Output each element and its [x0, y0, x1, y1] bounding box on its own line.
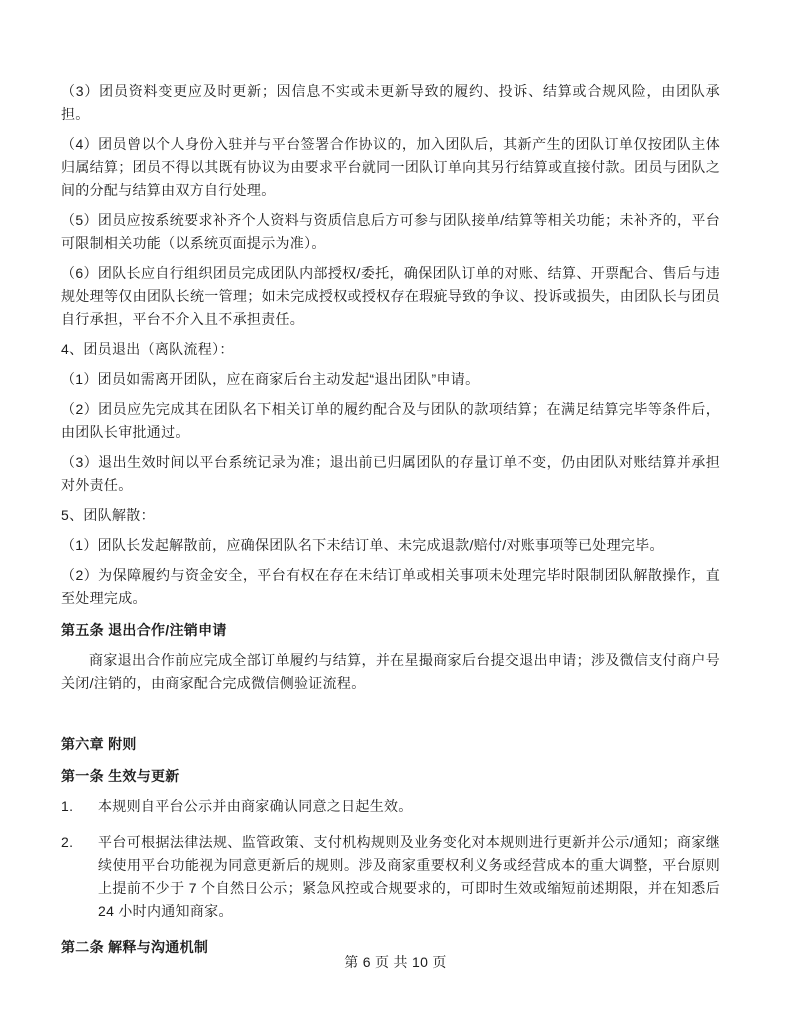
effectiveness-item-1: 1.本规则自平台公示并由商家确认同意之日起生效。 [61, 795, 720, 818]
document-page: （3）团员资料变更应及时更新；因信息不实或未更新导致的履约、投诉、结算或合规风险… [0, 0, 791, 1024]
list-item-text: 本规则自平台公示并由商家确认同意之日起生效。 [98, 795, 720, 818]
effectiveness-item-2: 2.平台可根据法律法规、监管政策、支付机构规则及业务变化对本规则进行更新并公示/… [61, 831, 720, 923]
heading-chapter-6-appendix: 第六章 附则 [61, 733, 720, 756]
list-item-text: 平台可根据法律法规、监管政策、支付机构规则及业务变化对本规则进行更新并公示/通知… [98, 831, 720, 923]
page-number-indicator: 第 6 页 共 10 页 [0, 951, 791, 974]
list-item-number: 2. [61, 831, 98, 923]
heading-article-1-effectiveness: 第一条 生效与更新 [61, 765, 720, 788]
clause-3-member-info-update: （3）团员资料变更应及时更新；因信息不实或未更新导致的履约、投诉、结算或合规风险… [61, 80, 720, 126]
clause-6-team-leader-authorization: （6）团队长应自行组织团员完成团队内部授权/委托，确保团队订单的对账、结算、开票… [61, 262, 720, 331]
dissolution-step-1: （1）团队长发起解散前，应确保团队名下未结订单、未完成退款/赔付/对账事项等已处… [61, 534, 720, 557]
clause-5-profile-completion: （5）团员应按系统要求补齐个人资料与资质信息后方可参与团队接单/结算等相关功能；… [61, 209, 720, 255]
exit-step-3: （3）退出生效时间以平台系统记录为准；退出前已归属团队的存量订单不变，仍由团队对… [61, 451, 720, 497]
exit-step-1: （1）团员如需离开团队，应在商家后台主动发起“退出团队”申请。 [61, 368, 720, 391]
list-item-number: 1. [61, 795, 98, 818]
article-5-body: 商家退出合作前应完成全部订单履约与结算，并在星撮商家后台提交退出申请；涉及微信支… [61, 649, 720, 695]
dissolution-step-2: （2）为保障履约与资金安全，平台有权在存在未结订单或相关事项未处理完毕时限制团队… [61, 564, 720, 610]
item-4-member-exit-title: 4、团员退出（离队流程）： [61, 338, 720, 361]
heading-article-5-exit-cancellation: 第五条 退出合作/注销申请 [61, 619, 720, 642]
exit-step-2: （2）团员应先完成其在团队名下相关订单的履约配合及与团队的款项结算；在满足结算完… [61, 398, 720, 444]
item-5-team-dissolution-title: 5、团队解散： [61, 504, 720, 527]
document-body: （3）团员资料变更应及时更新；因信息不实或未更新导致的履约、投诉、结算或合规风险… [61, 80, 720, 966]
clause-4-prior-agreement: （4）团员曾以个人身份入驻并与平台签署合作协议的，加入团队后，其新产生的团队订单… [61, 133, 720, 202]
